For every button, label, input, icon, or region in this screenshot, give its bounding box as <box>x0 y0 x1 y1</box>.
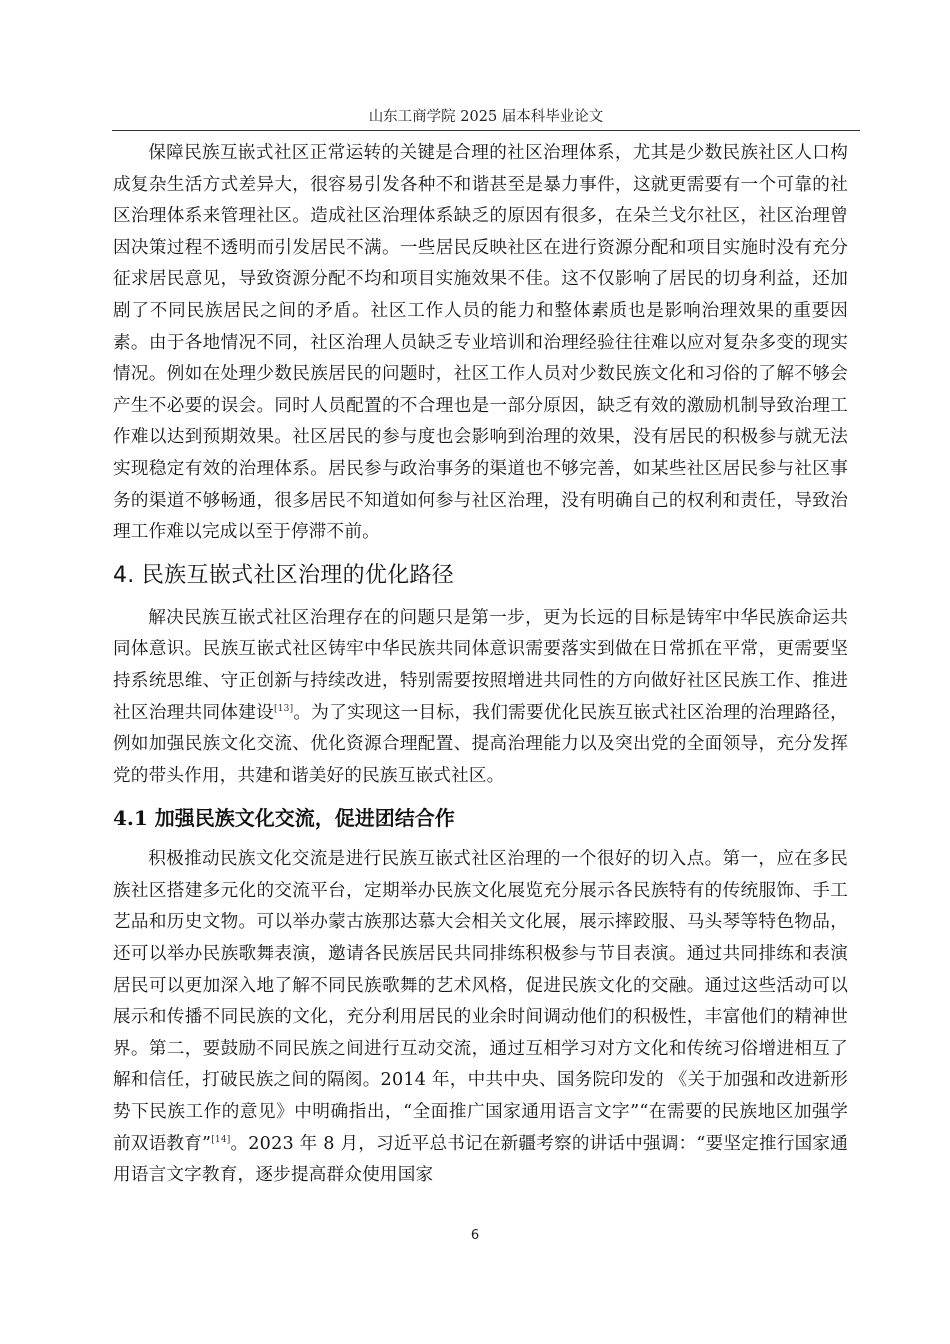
running-header: 山东工商学院 2025 届本科毕业论文 <box>112 104 860 130</box>
section-heading-4-1: 4.1 加强民族文化交流，促进团结合作 <box>113 802 848 834</box>
citation-13[interactable]: [13] <box>274 704 293 714</box>
document-body: 保障民族互嵌式社区正常运转的关键是合理的社区治理体系，尤其是少数民族社区人口构成… <box>113 138 848 1192</box>
section-heading-4: 4. 民族互嵌式社区治理的优化路径 <box>113 559 848 593</box>
document-page: 山东工商学院 2025 届本科毕业论文 保障民族互嵌式社区正常运转的关键是合理的… <box>0 0 950 1344</box>
paragraph-optimization-intro: 解决民族互嵌式社区治理存在的问题只是第一步，更为长远的目标是铸牢中华民族命运共同… <box>113 603 848 793</box>
header-divider <box>112 130 860 131</box>
page-number: 6 <box>0 1228 950 1243</box>
citation-14[interactable]: [14] <box>211 1135 230 1145</box>
paragraph-text: 积极推动民族文化交流是进行民族互嵌式社区治理的一个很好的切入点。第一，应在多民族… <box>113 849 848 1153</box>
paragraph-governance-problems: 保障民族互嵌式社区正常运转的关键是合理的社区治理体系，尤其是少数民族社区人口构成… <box>113 138 848 549</box>
paragraph-cultural-exchange: 积极推动民族文化交流是进行民族互嵌式社区治理的一个很好的切入点。第一，应在多民族… <box>113 844 848 1192</box>
